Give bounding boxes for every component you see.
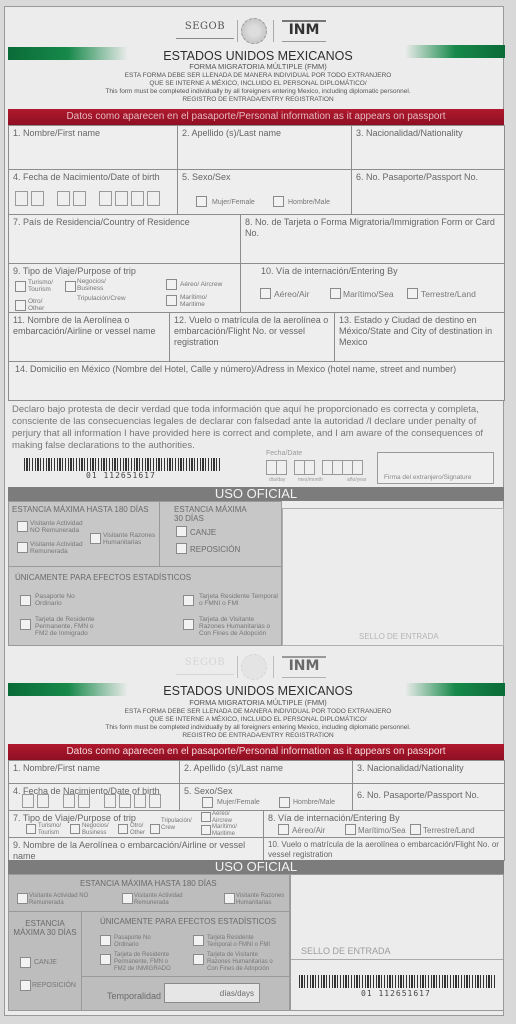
barcode-number-bottom: 01 112651617 [361,989,431,998]
paid-visitor-label: Visitante Actividad Remunerada [134,893,194,907]
air-label: Aéreo/Air [292,826,325,835]
immigration-card-number-label: 8. No. de Tarjeta o Forma Migratoria/Imm… [245,217,495,238]
reposicion-label: REPOSICIÓN [190,545,240,554]
registration-label: REGISTRO DE ENTRADA/ENTRY REGISTRATION [0,96,516,104]
canje-checkbox[interactable] [176,526,187,537]
first-name-label: 1. Nombre/First name [13,128,100,138]
other-label: Otro/ Other [130,823,148,837]
male-checkbox-bottom[interactable] [279,797,290,808]
canje-label: CANJE [190,528,216,537]
day-sublabel: día/day [269,477,285,483]
entering-by-field: 10. Vía de internación/Entering By [240,263,505,313]
dob-day-digit-2[interactable] [31,191,44,206]
passport-number-field[interactable]: 6. No. Pasaporte/Passport No. [351,169,505,215]
visitor-card-label: Tarjeta de Visitante Razones Humanitaria… [207,952,279,973]
destination-label: 13. Estado y Ciudad de destino en México… [339,315,492,347]
maritime-crew-checkbox-bottom[interactable] [201,825,211,835]
male-checkbox[interactable] [273,196,284,207]
other-checkbox-bottom[interactable] [118,824,128,834]
max-30-label: ESTANCIA MÁXIMA 30 DÍAS [10,919,80,937]
passport-banner: Datos como aparecen en el pasaporte/Pers… [8,109,504,125]
instruction-es-1-bottom: ESTA FORMA DEBE SER LLENADA DE MANERA IN… [0,708,516,716]
address-in-mexico-label: 14. Domicilio en México (Nombre del Hote… [15,364,456,374]
max-180-label: ESTANCIA MÁXIMA HASTA 180 DÍAS [12,505,149,514]
permanent-resident-label: Tarjeta de Residente Permanente, FMN o F… [35,616,105,637]
temporary-resident-checkbox[interactable] [183,595,194,606]
dob-month-digit-2[interactable] [73,191,86,206]
permanent-resident-checkbox[interactable] [20,619,31,630]
nationality-field-bottom[interactable]: 3. Nacionalidad/Nationality [352,760,505,784]
paid-visitor-checkbox[interactable] [17,542,28,553]
non-ordinary-passport-label: Pasaporte No Ordinario [114,935,169,949]
dob-year-digit-2[interactable] [119,794,131,808]
non-ordinary-passport-label: Pasaporte No Ordinario [35,593,95,607]
crew-checkbox-bottom[interactable] [150,824,160,834]
form-name: FORMA MIGRATORIA MÚLTIPLE (FMM) [0,63,516,71]
last-name-label: 2. Apellido (s)/Last name [184,763,283,773]
first-name-label: 1. Nombre/First name [13,763,100,773]
temporalidad-label: Temporalidad [107,992,161,1001]
barcode-number-top: 01 112651617 [86,471,156,480]
purpose-of-trip-label: 7. Tipo de Viaje/Purpose of trip [13,813,136,823]
sign-year-digit-4[interactable] [352,460,363,475]
permanent-resident-checkbox-bottom[interactable] [100,954,111,965]
tourism-checkbox[interactable] [15,281,26,292]
sea-checkbox-bottom[interactable] [345,824,356,835]
humanitarian-visitor-checkbox-bottom[interactable] [224,893,235,904]
business-checkbox[interactable] [65,281,76,292]
aircrew-checkbox[interactable] [166,279,177,290]
statistics-label: ÚNICAMENTE PARA EFECTOS ESTADÍSTICOS [100,917,276,926]
segob-logo: SEGOB [176,657,234,675]
logo-strip-bottom: SEGOB INM [0,652,516,682]
passport-number-label: 6. No. Pasaporte/Passport No. [356,172,478,182]
form-name-bottom: FORMA MIGRATORIA MÚLTIPLE (FMM) [0,699,516,707]
permanent-resident-label: Tarjeta de Residente Permanente, FMN o F… [114,952,174,973]
date-of-birth-label: 4. Fecha de Nacimiento/Date of birth [13,172,160,182]
paid-visitor-checkbox-bottom[interactable] [122,893,133,904]
unpaid-visitor-checkbox[interactable] [17,521,28,532]
entry-stamp-area-top: SELLO DE ENTRADA [282,508,504,646]
logo-divider [237,656,238,678]
entering-by-label: 10. Vía de internación/Entering By [261,266,398,276]
female-label: Mujer/Female [217,799,260,806]
temporary-resident-label: Tarjeta Residente Temporal o FMNI o FMI [207,935,272,949]
air-checkbox-bottom[interactable] [278,824,289,835]
sign-month-digit-2[interactable] [304,460,315,475]
immigration-card-number-field[interactable]: 8. No. de Tarjeta o Forma Migratoria/Imm… [240,214,505,264]
airline-name-field[interactable]: 11. Nombre de la Aerolínea o embarcación… [8,312,170,362]
nationality-label: 3. Nacionalidad/Nationality [357,763,464,773]
reposicion-label: REPOSICIÓN [32,982,76,989]
passport-banner-bottom: Datos como aparecen en el pasaporte/Pers… [8,744,504,760]
sea-checkbox[interactable] [330,288,341,299]
business-label: Negocios/ Business [82,823,110,837]
dob-year-digit-1[interactable] [99,191,112,206]
canje-label: CANJE [34,959,57,966]
unpaid-visitor-label: Visitante Actividad NO Remunerada [29,893,89,907]
declaration-text: Declaro bajo protesta de decir verdad qu… [12,404,507,452]
dob-year-digit-3[interactable] [131,191,144,206]
dob-year-digit-2[interactable] [115,191,128,206]
first-name-field[interactable]: 1. Nombre/First name [8,125,178,170]
inm-logo: INM [282,20,326,42]
entry-stamp-label: SELLO DE ENTRADA [301,946,391,956]
male-label: Hombre/Male [293,799,335,806]
logo-strip: SEGOB INM [0,16,516,46]
sex-label: 5. Sexo/Sex [184,786,233,796]
maritime-crew-label: Marítimo/ Maritime [212,824,242,838]
visitor-card-checkbox[interactable] [183,619,194,630]
nationality-field[interactable]: 3. Nacionalidad/Nationality [351,125,505,170]
barcode-top [24,458,222,471]
nationality-label: 3. Nacionalidad/Nationality [356,128,463,138]
land-checkbox[interactable] [407,288,418,299]
female-checkbox-bottom[interactable] [202,797,213,808]
sex-field: 5. Sexo/Sex [177,169,352,215]
instruction-en: This form must be completed individually… [0,88,516,96]
aircrew-checkbox-bottom[interactable] [201,812,211,822]
date-label: Fecha/Date [266,450,302,457]
country-of-residence-field[interactable]: 7. País de Residencia/Country of Residen… [8,214,241,264]
official-use-header-top: USO OFICIAL [8,487,504,501]
dob-year-digit-4[interactable] [147,191,160,206]
max-30-label: ESTANCIA MÁXIMA 30 DÍAS [174,505,254,523]
country-title-bottom: ESTADOS UNIDOS MEXICANOS [0,684,516,698]
flight-number-field-bottom[interactable]: 10. Vuelo o matrícula de la aerolínea o … [263,837,505,861]
tourism-checkbox-bottom[interactable] [26,824,36,834]
signature-box[interactable]: Firma del extranjero/Signature [377,452,494,484]
female-checkbox[interactable] [196,196,207,207]
dob-year-digit-4[interactable] [149,794,161,808]
land-label: Terrestre/Land [421,290,476,299]
entering-by-label: 8. Vía de internación/Entering By [268,813,400,823]
passport-number-label: 6. No. Pasaporte/Passport No. [357,790,479,800]
aircrew-label: Aéreo/ Aircrew [180,281,240,288]
destination-field[interactable]: 13. Estado y Ciudad de destino en México… [334,312,505,362]
tourism-label: Turismo/ Tourism [38,823,64,837]
humanitarian-visitor-checkbox[interactable] [90,533,101,544]
logo-divider [273,656,274,678]
flight-number-field[interactable]: 12. Vuelo o matrícula de la aerolínea o … [169,312,335,362]
airline-name-field-bottom[interactable]: 9. Nombre de la Aerolínea o embarcación/… [8,837,264,861]
land-label: Terrestre/Land [423,826,475,835]
country-of-residence-label: 7. País de Residencia/Country of Residen… [13,217,190,227]
dob-day-digit-2[interactable] [37,794,49,808]
airline-name-label: 11. Nombre de la Aerolínea o embarcación… [13,315,156,336]
inm-logo: INM [282,656,326,678]
passport-number-field-bottom[interactable]: 6. No. Pasaporte/Passport No. [352,783,505,811]
reposicion-checkbox[interactable] [176,543,187,554]
registration-label-bottom: REGISTRO DE ENTRADA/ENTRY REGISTRATION [0,732,516,740]
humanitarian-visitor-label: Visitante Razones Humanitarias [103,532,158,546]
airline-name-label: 9. Nombre de la Aerolínea o embarcación/… [13,840,245,861]
canje-checkbox-bottom[interactable] [20,957,31,968]
dob-month-digit-1[interactable] [57,191,70,206]
visitor-card-label: Tarjeta de Visitante Razones Humanitaria… [199,616,279,637]
days-placeholder: días/days [220,989,254,998]
land-checkbox-bottom[interactable] [410,824,421,835]
dob-month-digit-1[interactable] [63,794,75,808]
business-checkbox-bottom[interactable] [70,824,80,834]
other-checkbox[interactable] [15,300,26,311]
dob-day-digit-1[interactable] [15,191,28,206]
unpaid-visitor-checkbox-bottom[interactable] [17,893,28,904]
signature-label: Firma del extranjero/Signature [384,474,471,481]
female-label: Mujer/Female [212,199,255,206]
dob-year-digit-3[interactable] [134,794,146,808]
instruction-en-bottom: This form must be completed individually… [0,724,516,732]
dob-month-digit-2[interactable] [78,794,90,808]
male-label: Hombre/Male [288,199,330,206]
instruction-es-2: QUE SE INTERNE A MÉXICO, INCLUIDO EL PER… [0,80,516,88]
non-ordinary-passport-checkbox[interactable] [20,595,31,606]
first-name-field-bottom[interactable]: 1. Nombre/First name [8,760,180,784]
days-input[interactable]: días/days [164,983,260,1003]
instruction-es-1: ESTA FORMA DEBE SER LLENADA DE MANERA IN… [0,72,516,80]
national-seal-icon [241,18,267,44]
maritime-crew-label: Marítimo/ Maritime [180,294,210,308]
crew-label: Tripulación/ Crew [161,818,201,832]
aircrew-label: Aéreo/ Aircrew [212,811,238,825]
last-name-field-bottom[interactable]: 2. Apellido (s)/Last name [179,760,353,784]
sea-label: Marítimo/Sea [343,290,394,299]
maritime-crew-checkbox[interactable] [166,295,177,306]
tourism-label: Turismo/ Tourism [28,279,58,293]
sex-label: 5. Sexo/Sex [182,172,231,182]
instruction-es-2-bottom: QUE SE INTERNE A MÉXICO, INCLUIDO EL PER… [0,716,516,724]
visitor-card-checkbox-bottom[interactable] [193,954,204,965]
official-use-header-bottom: USO OFICIAL [8,860,504,874]
sign-day-digit-2[interactable] [276,460,287,475]
flight-number-label: 12. Vuelo o matrícula de la aerolínea o … [174,315,328,347]
air-checkbox[interactable] [260,288,271,299]
temporary-resident-label: Tarjeta Residente Temporal o FMNI o FMI [199,593,279,607]
month-sublabel: mes/month [298,477,323,483]
flight-number-label: 10. Vuelo o matrícula de la aerolínea o … [268,840,499,859]
entry-stamp-label: SELLO DE ENTRADA [359,632,439,641]
last-name-field[interactable]: 2. Apellido (s)/Last name [177,125,352,170]
paid-visitor-label: Visitante Actividad Remunerada [30,541,90,555]
statistics-label: ÚNICAMENTE PARA EFECTOS ESTADÍSTICOS [15,573,191,582]
reposicion-checkbox-bottom[interactable] [20,980,31,991]
temporary-resident-checkbox-bottom[interactable] [193,935,204,946]
crew-label: Tripulación/Crew [77,295,137,302]
segob-logo: SEGOB [176,21,234,39]
air-label: Aéreo/Air [274,290,309,299]
non-ordinary-passport-checkbox-bottom[interactable] [100,935,111,946]
entry-stamp-area-bottom: SELLO DE ENTRADA 01 112651617 [290,874,504,1011]
logo-divider [273,20,274,42]
address-in-mexico-field[interactable]: 14. Domicilio en México (Nombre del Hote… [8,361,505,401]
other-label: Otro/ Other [28,298,48,312]
humanitarian-visitor-label: Visitante Razones Humanitarias [236,893,288,907]
national-seal-icon [241,654,267,680]
stamp-divider [291,959,503,960]
dob-day-digit-1[interactable] [22,794,34,808]
business-label: Negocios/ Business [77,278,109,292]
year-sublabel: año/year [347,477,366,483]
barcode-bottom [299,975,496,988]
last-name-label: 2. Apellido (s)/Last name [182,128,281,138]
logo-divider [237,20,238,42]
dob-year-digit-1[interactable] [104,794,116,808]
country-title: ESTADOS UNIDOS MEXICANOS [0,49,516,63]
sea-label: Marítimo/Sea [358,826,406,835]
max-180-label: ESTANCIA MÁXIMA HASTA 180 DÍAS [80,879,217,888]
purpose-of-trip-label: 9. Tipo de Viaje/Purpose of trip [13,266,136,276]
unpaid-visitor-label: Visitante Actividad NO Remunerada [30,520,90,534]
